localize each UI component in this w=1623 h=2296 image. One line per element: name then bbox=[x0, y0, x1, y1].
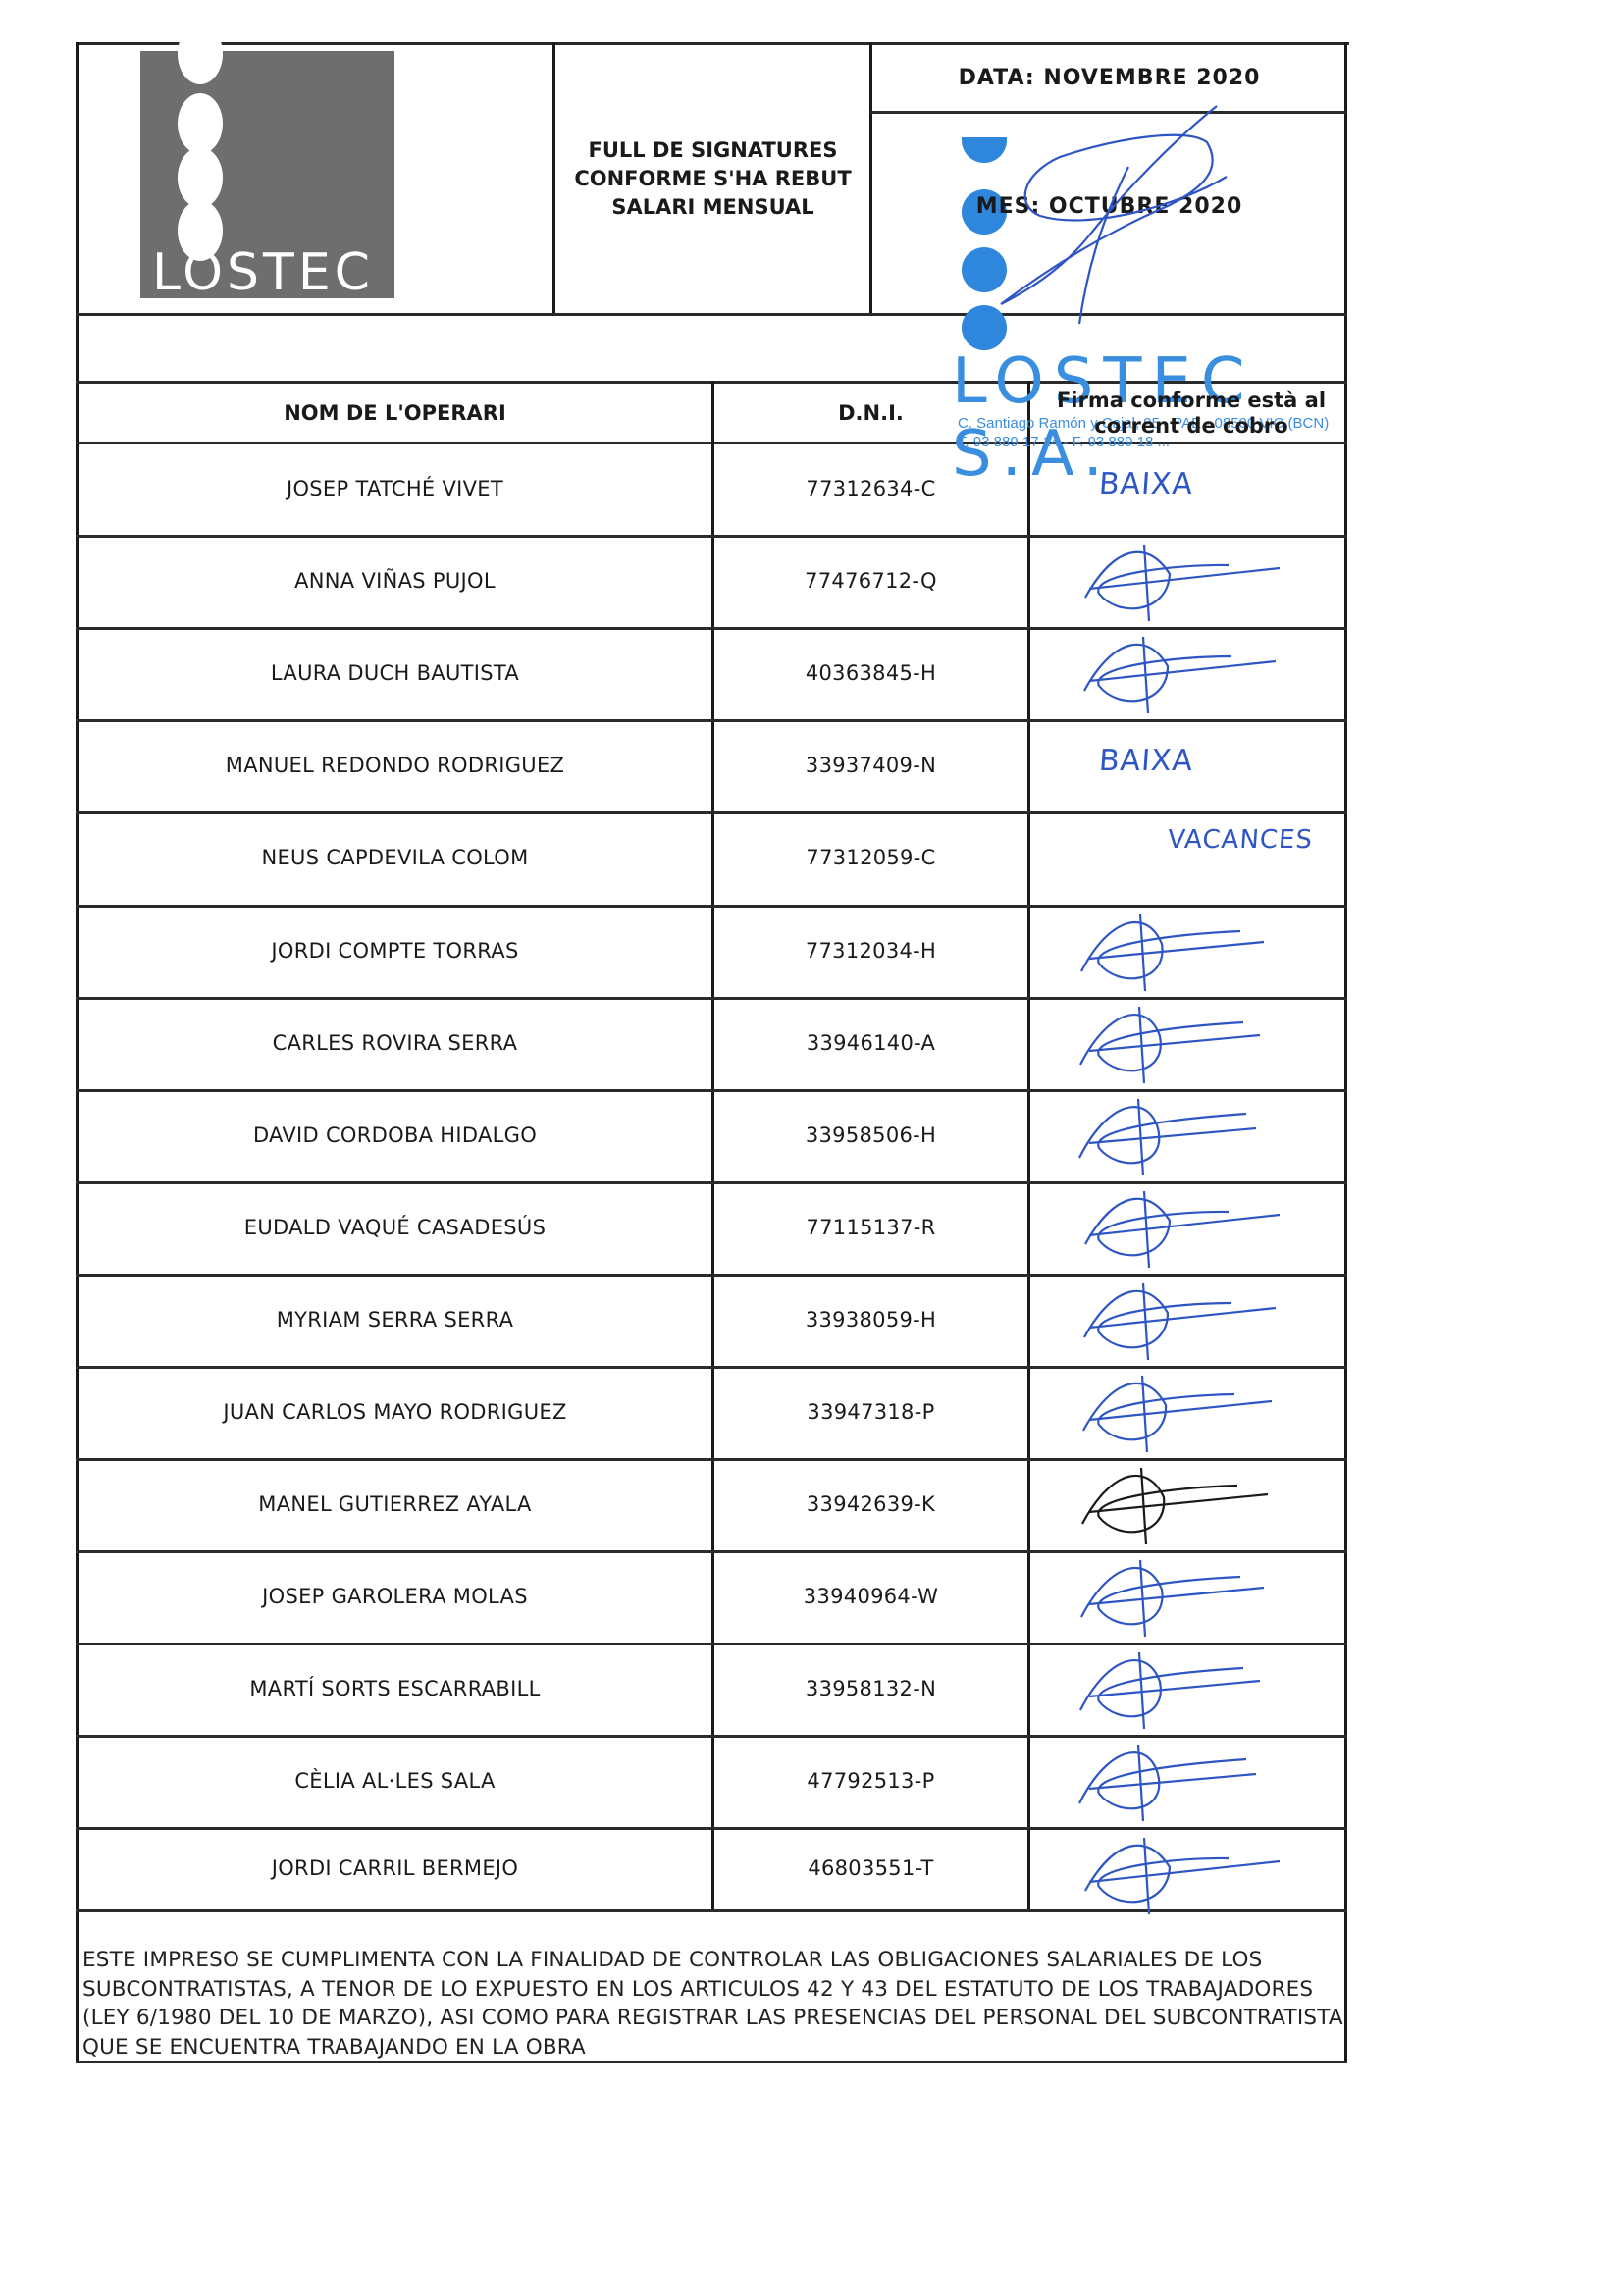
employee-name: JORDI CARRIL BERMEJO bbox=[79, 1828, 711, 1909]
signature-scribble bbox=[1030, 1828, 1344, 1920]
employee-dni: 46803551-T bbox=[714, 1828, 1027, 1909]
employee-name: MANUEL REDONDO RODRIGUEZ bbox=[79, 719, 711, 811]
signature-cell bbox=[1030, 1458, 1344, 1550]
signature-cell bbox=[1030, 1643, 1344, 1735]
employee-name: JOSEP GAROLERA MOLAS bbox=[79, 1550, 711, 1643]
employee-dni: 77476712-Q bbox=[714, 535, 1027, 627]
signature-scribble bbox=[1030, 1089, 1344, 1181]
month-field: MES: OCTUBRE 2020 bbox=[872, 194, 1346, 219]
employee-dni: 33958506-H bbox=[714, 1089, 1027, 1181]
signature-scribble bbox=[1030, 997, 1344, 1089]
signature-cell bbox=[1030, 1550, 1344, 1643]
signature-scribble bbox=[1030, 905, 1344, 997]
signature-scribble bbox=[1030, 1181, 1344, 1274]
signature-scribble bbox=[1030, 535, 1344, 627]
employee-name: MANEL GUTIERREZ AYALA bbox=[79, 1458, 711, 1550]
signature-scribble bbox=[1030, 1274, 1344, 1366]
employee-name: LAURA DUCH BAUTISTA bbox=[79, 627, 711, 719]
signature-cell bbox=[1030, 535, 1344, 627]
signature-cell bbox=[1030, 997, 1344, 1089]
employee-dni: 77312634-C bbox=[714, 443, 1027, 535]
employee-name: CARLES ROVIRA SERRA bbox=[79, 997, 711, 1089]
column-header-signature: Firma conforme està al corrent de cobro bbox=[1030, 383, 1352, 443]
signature-scribble bbox=[1030, 627, 1344, 719]
logo-text: LOSTEC bbox=[152, 243, 374, 302]
signature-cell bbox=[1030, 1366, 1344, 1458]
signature-scribble bbox=[1030, 1643, 1344, 1735]
legal-disclaimer: ESTE IMPRESO SE CUMPLIMENTA CON LA FINAL… bbox=[82, 1946, 1343, 2061]
employee-dni: 77312034-H bbox=[714, 905, 1027, 997]
employee-dni: 47792513-P bbox=[714, 1735, 1027, 1827]
signature-cell bbox=[1030, 1089, 1344, 1181]
employee-name: NEUS CAPDEVILA COLOM bbox=[79, 811, 711, 904]
employee-dni: 33942639-K bbox=[714, 1458, 1027, 1550]
company-logo: LOSTEC bbox=[140, 51, 394, 298]
employee-name: MARTÍ SORTS ESCARRABILL bbox=[79, 1643, 711, 1735]
employee-dni: 77312059-C bbox=[714, 811, 1027, 904]
title-line: FULL DE SIGNATURES bbox=[589, 136, 838, 165]
signature-scribble bbox=[1030, 1550, 1344, 1643]
employee-dni: 33940964-W bbox=[714, 1550, 1027, 1643]
signature-cell: BAIXA bbox=[1030, 443, 1344, 535]
employee-dni: 33947318-P bbox=[714, 1366, 1027, 1458]
signature-cell bbox=[1030, 627, 1344, 719]
title-line: SALARI MENSUAL bbox=[611, 193, 813, 222]
employee-dni: 33938059-H bbox=[714, 1274, 1027, 1366]
signature-scribble bbox=[1030, 1366, 1344, 1458]
handwritten-note: VACANCES bbox=[1167, 825, 1314, 855]
employee-name: JUAN CARLOS MAYO RODRIGUEZ bbox=[79, 1366, 711, 1458]
signature-cell bbox=[1030, 1828, 1344, 1909]
employee-dni: 33958132-N bbox=[714, 1643, 1027, 1735]
date-field: DATA: NOVEMBRE 2020 bbox=[872, 44, 1346, 112]
employee-dni: 33946140-A bbox=[714, 997, 1027, 1089]
column-header-name: NOM DE L'OPERARI bbox=[79, 383, 711, 443]
employee-name: ANNA VIÑAS PUJOL bbox=[79, 535, 711, 627]
signature-cell: BAIXA bbox=[1030, 719, 1344, 811]
table-bottom-divider bbox=[76, 1909, 1347, 1912]
title-line: CONFORME S'HA REBUT bbox=[574, 165, 851, 193]
signature-cell bbox=[1030, 1735, 1344, 1827]
employee-name: CÈLIA AL·LES SALA bbox=[79, 1735, 711, 1827]
employee-dni: 40363845-H bbox=[714, 627, 1027, 719]
employee-name: JOSEP TATCHÉ VIVET bbox=[79, 443, 711, 535]
signature-cell: VACANCES bbox=[1030, 811, 1344, 904]
signature-scribble bbox=[1030, 1458, 1344, 1550]
employee-name: JORDI COMPTE TORRAS bbox=[79, 905, 711, 997]
employee-dni: 33937409-N bbox=[714, 719, 1027, 811]
month-cell: MES: OCTUBRE 2020 bbox=[872, 114, 1346, 314]
signature-cell bbox=[1030, 1274, 1344, 1366]
employee-name: MYRIAM SERRA SERRA bbox=[79, 1274, 711, 1366]
column-header-dni: D.N.I. bbox=[714, 383, 1027, 443]
employee-name: DAVID CORDOBA HIDALGO bbox=[79, 1089, 711, 1181]
signature-cell bbox=[1030, 905, 1344, 997]
employee-name: EUDALD VAQUÉ CASADESÚS bbox=[79, 1181, 711, 1274]
signature-scribble bbox=[1030, 1735, 1344, 1827]
form-title: FULL DE SIGNATURES CONFORME S'HA REBUT S… bbox=[555, 44, 870, 314]
signature-cell bbox=[1030, 1181, 1344, 1274]
employee-dni: 77115137-R bbox=[714, 1181, 1027, 1274]
handwritten-note: BAIXA bbox=[1098, 467, 1194, 501]
handwritten-note: BAIXA bbox=[1098, 744, 1194, 778]
